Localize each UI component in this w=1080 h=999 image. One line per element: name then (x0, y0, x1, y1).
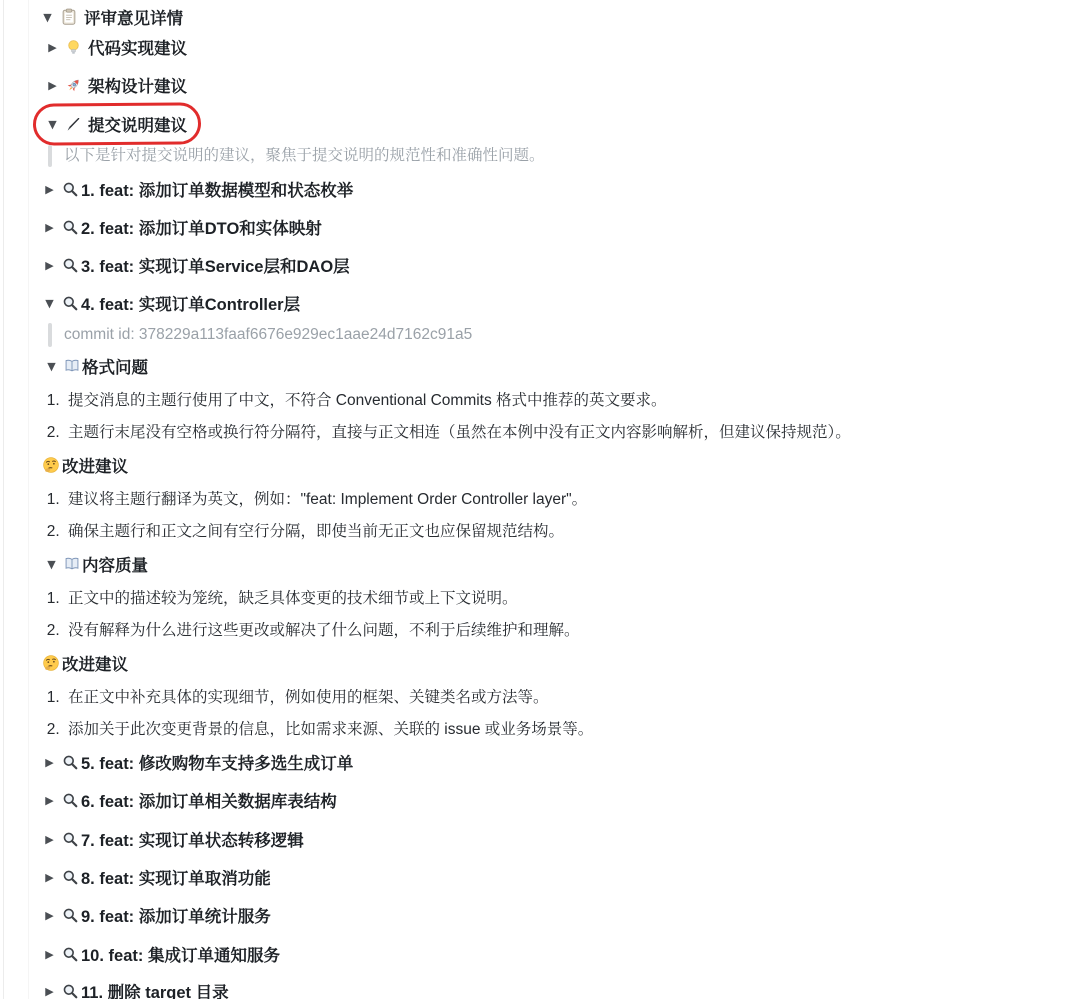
tree-item-label: 7. feat: 实现订单状态转移逻辑 (81, 827, 304, 851)
tree-item-label: 10. feat: 集成订单通知服务 (81, 942, 280, 966)
tree-item-label: 8. feat: 实现订单取消功能 (81, 865, 271, 889)
tree-item-commit-11[interactable]: 11. 删除 target 目录 (42, 980, 1080, 999)
search-icon (62, 946, 79, 963)
panel-edge-line (3, 0, 4, 999)
list-item: 没有解释为什么进行这些更改或解决了什么问题，不利于后续维护和理解。 (64, 620, 1080, 642)
chevron-right-icon[interactable] (42, 794, 57, 807)
tree-item-commit-3[interactable]: 3. feat: 实现订单Service层和DAO层 (42, 254, 1080, 276)
tree-item-architecture-suggestions[interactable]: 架构设计建议 (45, 74, 1080, 96)
list-item: 正文中的描述较为笼统，缺乏具体变更的技术细节或上下文说明。 (64, 588, 1080, 610)
tree-item-commit-10[interactable]: 10. feat: 集成订单通知服务 (42, 943, 1080, 965)
section-label: 格式问题 (82, 354, 148, 378)
pen-icon (65, 116, 82, 133)
chevron-right-icon[interactable] (42, 259, 57, 272)
search-icon (62, 295, 79, 312)
chevron-right-icon[interactable] (42, 183, 57, 196)
commit-id-quote-block: commit id: 378229a113faaf6676e929ec1aae2… (48, 322, 1080, 348)
format-issues-list: 提交消息的主题行使用了中文，不符合 Conventional Commits 格… (46, 390, 1080, 444)
list-item: 在正文中补充具体的实现细节，例如使用的框架、关键类名或方法等。 (64, 687, 1080, 709)
rocket-icon (65, 77, 82, 94)
tree-item-label: 4. feat: 实现订单Controller层 (81, 291, 300, 315)
tree-item-commit-6[interactable]: 6. feat: 添加订单相关数据库表结构 (42, 789, 1080, 811)
bulb-icon (65, 39, 82, 56)
advice-heading-content: 改进建议 (42, 652, 1080, 674)
search-icon (62, 907, 79, 924)
content-quality-list: 正文中的描述较为笼统，缺乏具体变更的技术细节或上下文说明。 没有解释为什么进行这… (46, 588, 1080, 642)
tree-item-label: 评审意见详情 (84, 5, 183, 29)
list-item: 主题行末尾没有空格或换行符分隔符，直接与正文相连（虽然在本例中没有正文内容影响解… (64, 422, 1080, 444)
commit-id-text: commit id: 378229a113faaf6676e929ec1aae2… (64, 326, 472, 343)
tree-item-label: 架构设计建议 (88, 73, 187, 97)
clipboard-icon (60, 8, 78, 26)
thinking-face-icon (42, 456, 60, 474)
tree-item-commit-7[interactable]: 7. feat: 实现订单状态转移逻辑 (42, 828, 1080, 850)
chevron-down-icon[interactable] (44, 360, 59, 373)
open-book-icon (64, 358, 80, 374)
tree-item-commit-5[interactable]: 5. feat: 修改购物车支持多选生成订单 (42, 751, 1080, 773)
thinking-face-icon (42, 654, 60, 672)
advice-label: 改进建议 (62, 651, 128, 675)
chevron-right-icon[interactable] (42, 756, 57, 769)
chevron-right-icon[interactable] (42, 221, 57, 234)
list-item: 提交消息的主题行使用了中文，不符合 Conventional Commits 格… (64, 390, 1080, 412)
tree-item-format-issues[interactable]: 格式问题 (44, 355, 1080, 377)
tree-item-commit-9[interactable]: 9. feat: 添加订单统计服务 (42, 904, 1080, 926)
content-guide-line (28, 0, 29, 999)
chevron-right-icon[interactable] (45, 79, 60, 92)
tree-item-commit-4[interactable]: 4. feat: 实现订单Controller层 (42, 292, 1080, 314)
tree-item-content-quality[interactable]: 内容质量 (44, 553, 1080, 575)
search-icon (62, 219, 79, 236)
list-item: 确保主题行和正文之间有空行分隔，即使当前无正文也应保留规范结构。 (64, 521, 1080, 543)
tree-item-label: 提交说明建议 (88, 112, 187, 136)
list-item: 建议将主题行翻译为英文，例如："feat: Implement Order Co… (64, 489, 1080, 511)
search-icon (62, 257, 79, 274)
tree-item-commit-2[interactable]: 2. feat: 添加订单DTO和实体映射 (42, 216, 1080, 238)
tree-item-label: 2. feat: 添加订单DTO和实体映射 (81, 215, 322, 239)
open-book-icon (64, 556, 80, 572)
list-item: 添加关于此次变更背景的信息，比如需求来源、关联的 issue 或业务场景等。 (64, 719, 1080, 741)
chevron-right-icon[interactable] (42, 871, 57, 884)
chevron-right-icon[interactable] (42, 985, 57, 998)
tree-item-code-suggestions[interactable]: 代码实现建议 (45, 36, 1080, 58)
intro-quote-text: 以下是针对提交说明的建议，聚焦于提交说明的规范性和准确性问题。 (64, 147, 545, 164)
advice-heading-format: 改进建议 (42, 454, 1080, 476)
search-icon (62, 869, 79, 886)
tree-item-commit-message-suggestions[interactable]: 提交说明建议 (45, 113, 1080, 135)
chevron-right-icon[interactable] (42, 833, 57, 846)
section-label: 内容质量 (82, 552, 148, 576)
chevron-down-icon[interactable] (45, 118, 60, 131)
search-icon (62, 983, 79, 999)
advice-label: 改进建议 (62, 453, 128, 477)
search-icon (62, 754, 79, 771)
tree-item-label: 5. feat: 修改购物车支持多选生成订单 (81, 750, 353, 774)
tree-item-commit-1[interactable]: 1. feat: 添加订单数据模型和状态枚举 (42, 178, 1080, 200)
chevron-right-icon[interactable] (42, 948, 57, 961)
search-icon (62, 792, 79, 809)
chevron-right-icon[interactable] (42, 909, 57, 922)
tree-item-label: 1. feat: 添加订单数据模型和状态枚举 (81, 177, 353, 201)
tree-item-commit-8[interactable]: 8. feat: 实现订单取消功能 (42, 866, 1080, 888)
tree-item-label: 11. 删除 target 目录 (81, 979, 229, 999)
chevron-down-icon[interactable] (42, 297, 57, 310)
intro-quote-block: 以下是针对提交说明的建议，聚焦于提交说明的规范性和准确性问题。 (48, 144, 1080, 168)
chevron-down-icon[interactable] (40, 11, 55, 24)
search-icon (62, 181, 79, 198)
format-advice-list: 建议将主题行翻译为英文，例如："feat: Implement Order Co… (46, 489, 1080, 543)
chevron-down-icon[interactable] (44, 558, 59, 571)
tree-item-label: 代码实现建议 (88, 35, 187, 59)
search-icon (62, 831, 79, 848)
tree-item-review-details[interactable]: 评审意见详情 (40, 6, 1080, 28)
tree-item-label: 6. feat: 添加订单相关数据库表结构 (81, 788, 337, 812)
tree-item-label: 9. feat: 添加订单统计服务 (81, 903, 271, 927)
chevron-right-icon[interactable] (45, 41, 60, 54)
content-advice-list: 在正文中补充具体的实现细节，例如使用的框架、关键类名或方法等。 添加关于此次变更… (46, 687, 1080, 741)
tree-item-label: 3. feat: 实现订单Service层和DAO层 (81, 253, 350, 277)
